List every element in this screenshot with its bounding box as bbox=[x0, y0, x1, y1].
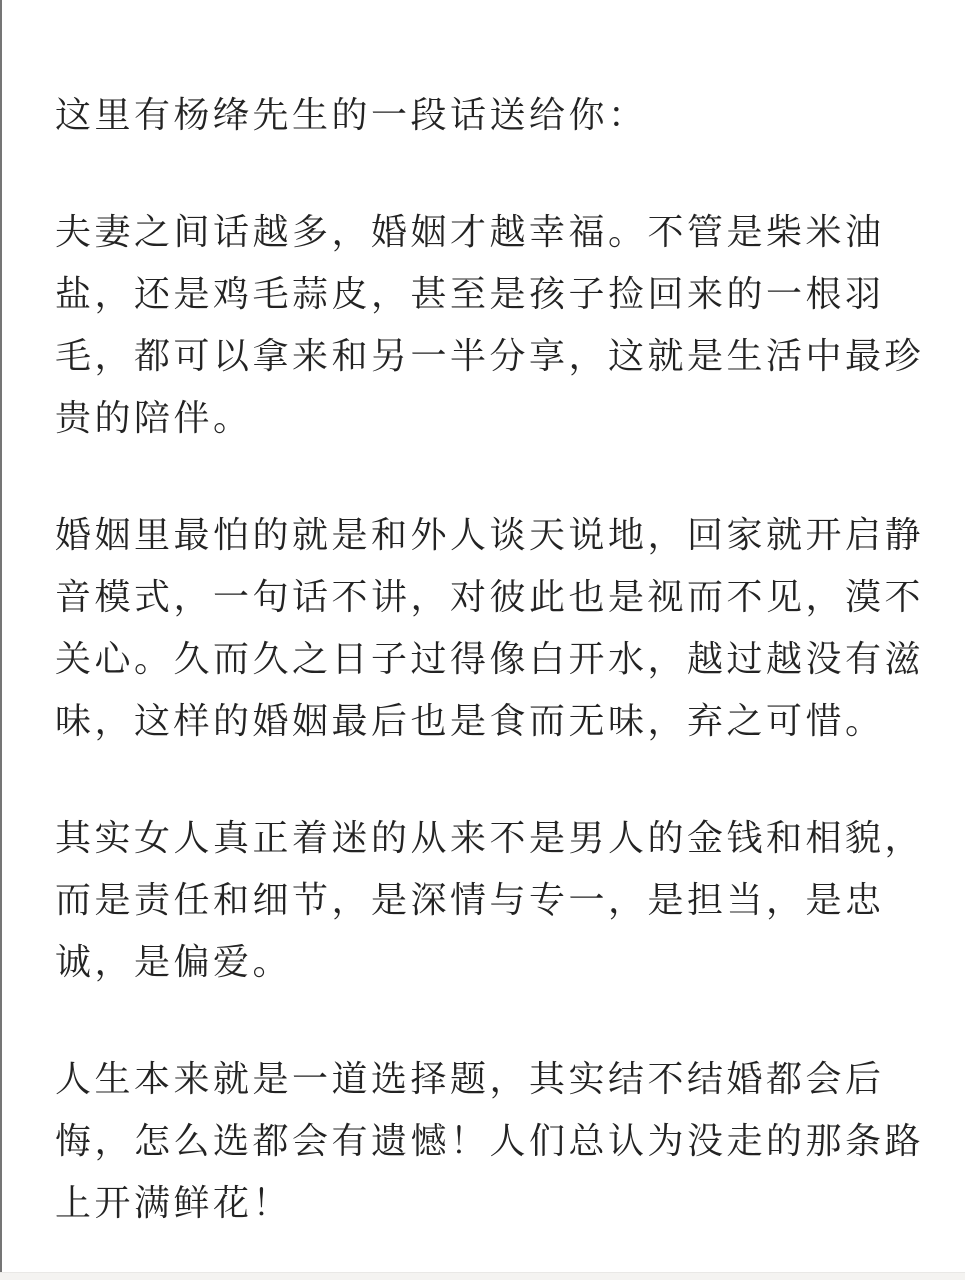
text-line: 其实女人真正着迷的从来不是男人的金钱和相貌， bbox=[55, 808, 920, 870]
text-line: 音模式，一句话不讲，对彼此也是视而不见，漠不 bbox=[55, 567, 920, 629]
paragraph-marriage-talk: 夫妻之间话越多，婚姻才越幸福。不管是柴米油 盐，还是鸡毛蒜皮，甚至是孩子捡回来的… bbox=[55, 202, 920, 450]
intro-paragraph: 这里有杨绛先生的一段话送给你： bbox=[55, 85, 920, 147]
bottom-strip bbox=[0, 1272, 965, 1280]
document-content: 这里有杨绛先生的一段话送给你： 夫妻之间话越多，婚姻才越幸福。不管是柴米油 盐，… bbox=[0, 0, 965, 1235]
text-line: 婚姻里最怕的就是和外人谈天说地，回家就开启静 bbox=[55, 505, 920, 567]
document-page: 这里有杨绛先生的一段话送给你： 夫妻之间话越多，婚姻才越幸福。不管是柴米油 盐，… bbox=[0, 0, 965, 1280]
text-line: 人生本来就是一道选择题，其实结不结婚都会后 bbox=[55, 1049, 920, 1111]
text-line: 悔，怎么选都会有遗憾！人们总认为没走的那条路 bbox=[55, 1111, 920, 1173]
text-line: 而是责任和细节，是深情与专一，是担当，是忠 bbox=[55, 870, 920, 932]
paragraph-life-choice: 人生本来就是一道选择题，其实结不结婚都会后 悔，怎么选都会有遗憾！人们总认为没走… bbox=[55, 1049, 920, 1235]
text-line: 关心。久而久之日子过得像白开水，越过越没有滋 bbox=[55, 629, 920, 691]
text-line: 夫妻之间话越多，婚姻才越幸福。不管是柴米油 bbox=[55, 202, 920, 264]
text-line: 毛，都可以拿来和另一半分享，这就是生活中最珍 bbox=[55, 326, 920, 388]
text-line: 贵的陪伴。 bbox=[55, 388, 920, 450]
text-line: 盐，还是鸡毛蒜皮，甚至是孩子捡回来的一根羽 bbox=[55, 264, 920, 326]
paragraph-silent-mode: 婚姻里最怕的就是和外人谈天说地，回家就开启静 音模式，一句话不讲，对彼此也是视而… bbox=[55, 505, 920, 753]
paragraph-what-women-love: 其实女人真正着迷的从来不是男人的金钱和相貌， 而是责任和细节，是深情与专一，是担… bbox=[55, 808, 920, 994]
text-line: 诚，是偏爱。 bbox=[55, 932, 920, 994]
text-line: 味，这样的婚姻最后也是食而无味，弃之可惜。 bbox=[55, 691, 920, 753]
text-line: 上开满鲜花！ bbox=[55, 1173, 920, 1235]
intro-line: 这里有杨绛先生的一段话送给你： bbox=[55, 85, 920, 147]
